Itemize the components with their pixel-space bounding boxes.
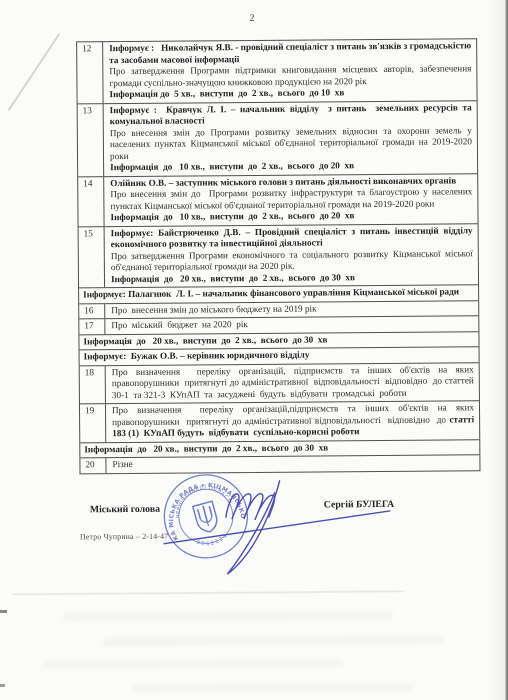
agenda-paragraph: Про затвердження Програми економічного т…: [111, 248, 473, 274]
bleed-through: [63, 611, 393, 622]
agenda-paragraph: Інформація до 10 хв., виступи до 2 хв., …: [110, 159, 472, 173]
table-row: 14Олійник О.В. – заступник міського голо…: [78, 174, 477, 227]
document-page: 2 12Інформує : Николайчук Я.В. - провідн…: [0, 0, 508, 700]
table-row: 19Про визначення переліку організацій,пі…: [80, 401, 479, 443]
agenda-paragraph: Про внесення змін до Програми розвитку з…: [110, 125, 472, 162]
agenda-paragraph: Про внесення змін до Програми розвитку і…: [110, 186, 472, 212]
table-row: 13Інформує : Кравчук Л. І. – начальник в…: [78, 101, 478, 177]
row-content: Олійник О.В. – заступник міського голови…: [104, 174, 477, 226]
agenda-paragraph: Про затвердження Програми підтримки книг…: [109, 63, 471, 89]
scan-artifact-line: [8, 33, 60, 111]
row-content: Про внесення змін до міського бюджету на…: [105, 301, 478, 318]
row-number: 19: [80, 404, 106, 442]
agenda-paragraph: Про внесення змін до міського бюджету на…: [111, 302, 473, 316]
agenda-paragraph: Інформація до 10 хв., виступи до 2 хв., …: [110, 209, 472, 223]
agenda-paragraph: Про визначення переліку організацій,підп…: [112, 402, 474, 439]
mayor-title: Міський голова: [90, 504, 160, 516]
agenda-paragraph: Інформація до 5 хв., виступи до 2 хв., в…: [109, 86, 471, 100]
row-number: 16: [79, 304, 105, 319]
scan-edge-mark: [0, 610, 7, 613]
signature-mark: [151, 454, 402, 606]
agenda-paragraph: Інформує : Кравчук Л. І. – начальник від…: [110, 102, 472, 128]
agenda-paragraph: Інформує : Николайчук Я.В. - провідний с…: [109, 40, 471, 66]
row-content: Про міський бюджет на 2020 рік: [105, 316, 478, 333]
row-number: 12: [77, 42, 103, 103]
row-number: 14: [78, 177, 104, 226]
agenda-paragraph: Про визначення переліку організацій, під…: [112, 364, 474, 401]
row-number: 18: [80, 366, 106, 404]
scan-content: 2 12Інформує : Николайчук Я.В. - провідн…: [0, 0, 508, 700]
row-content: Інформує : Кравчук Л. І. – начальник від…: [104, 101, 478, 176]
table-row: 12Інформує : Николайчук Я.В. - провідний…: [77, 39, 476, 104]
agenda-paragraph: Про міський бюджет на 2020 рік: [111, 317, 473, 331]
agenda-paragraph: Інформація до 20 хв., виступи до 2 хв., …: [83, 333, 473, 348]
scan-edge-mark: [0, 684, 5, 687]
table-row: 15Інформує: Байстрюченко Д.В. – Провідни…: [79, 224, 478, 289]
agenda-paragraph: Інформує: Палагнюк Л. І. – начальник фін…: [83, 286, 473, 301]
row-number: 17: [79, 319, 105, 334]
bleed-through: [103, 636, 443, 647]
row-number: 15: [79, 227, 105, 288]
page-number: 2: [0, 11, 506, 26]
agenda-paragraph: Інформує: Байстрюченко Д.В. – Провідний …: [111, 225, 473, 251]
bleed-through: [133, 683, 413, 692]
agenda-paragraph: Інформація до 20 хв., виступи до 2 хв., …: [111, 271, 473, 285]
agenda-table: 12Інформує : Николайчук Я.В. - провідний…: [76, 38, 480, 474]
bleed-through: [43, 659, 343, 668]
agenda-paragraph: Інформує: Бужак О.В. – керівник юридично…: [84, 348, 474, 363]
table-row: 18Про визначення переліку організацій, п…: [80, 363, 479, 405]
row-content: Про визначення переліку організацій,підп…: [106, 401, 479, 441]
agenda-paragraph: Інформація до 20 хв., виступи до 2 хв., …: [84, 441, 474, 456]
row-number: 13: [78, 104, 105, 176]
row-content: Інформує: Байстрюченко Д.В. – Провідний …: [105, 224, 478, 287]
row-number: 20: [80, 458, 106, 473]
row-content: Інформує : Николайчук Я.В. - провідний с…: [103, 39, 476, 102]
row-content: Про визначення переліку організацій, під…: [106, 363, 479, 403]
signature-line: [164, 511, 390, 544]
